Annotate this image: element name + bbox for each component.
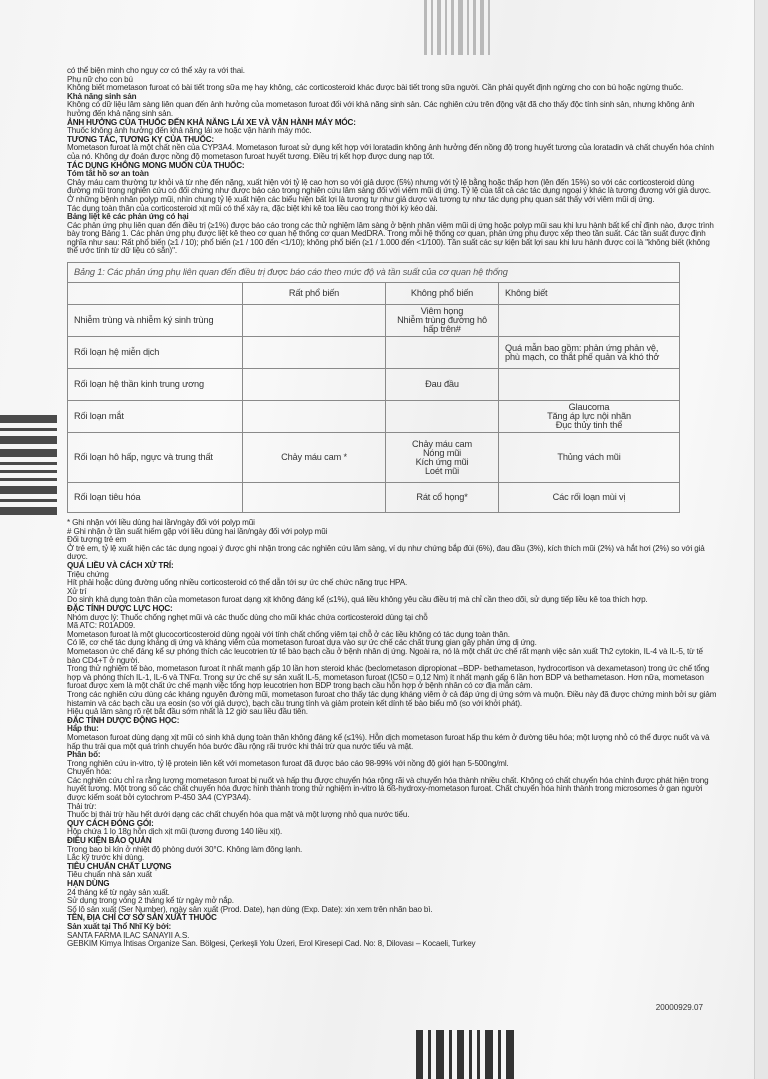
table-header: Không phổ biến <box>386 283 499 305</box>
bottom-barcode <box>416 1030 526 1079</box>
table-caption: Bảng 1: Các phản ứng phụ liên quan đến đ… <box>68 263 680 283</box>
uncommon-cell <box>386 337 499 369</box>
table-header: Không biết <box>499 283 680 305</box>
paragraph: Trong thử nghiệm tế bào, mometason furoa… <box>67 665 717 691</box>
table-row: Nhiễm trùng và nhiễm ký sinh trùngViêm h… <box>68 305 680 337</box>
paragraph: Hộp chứa 1 lọ 18g hỗn dịch xịt mũi (tươn… <box>67 828 717 837</box>
unknown-cell: GlaucomaTăng áp lực nội nhãnĐục thủy tin… <box>499 401 680 433</box>
paragraph: Thuốc bị thải trừ hầu hết dưới dạng các … <box>67 811 717 820</box>
paragraph: Mometason furoat là một chất nền của CYP… <box>67 144 717 161</box>
paragraph: Mometason furoat dùng dạng xịt mũi có si… <box>67 734 717 751</box>
paragraph: Các nghiên cứu chỉ ra rằng lượng mometas… <box>67 777 717 803</box>
section-heading: TIÊU CHUẨN CHẤT LƯỢNG <box>67 863 717 872</box>
paragraph: có thể biện minh cho nguy cơ có thể xảy … <box>67 67 717 76</box>
unknown-cell <box>499 305 680 337</box>
table-row: Rối loạn hệ miễn dịchQuá mẫn bao gồm: ph… <box>68 337 680 369</box>
paragraph: Trong bao bì kín ở nhiệt độ phòng dưới 3… <box>67 846 717 855</box>
organ-class-cell: Rối loạn hệ miễn dịch <box>68 337 243 369</box>
table-row: Rối loạn hệ thần kinh trung ươngĐau đầu <box>68 369 680 401</box>
side-barcode <box>0 415 57 530</box>
unknown-cell: Thủng vách mũi <box>499 433 680 483</box>
very-common-cell <box>243 483 386 513</box>
organ-class-cell: Nhiễm trùng và nhiễm ký sinh trùng <box>68 305 243 337</box>
organ-class-cell: Rối loạn hệ thần kinh trung ương <box>68 369 243 401</box>
paragraph: Không biết mometason furoat có bài tiết … <box>67 84 717 93</box>
very-common-cell <box>243 305 386 337</box>
section-heading: QUÁ LIỀU VÀ CÁCH XỬ TRÍ: <box>67 562 717 571</box>
paragraph: Trong nghiên cứu in-vitro, tỷ lệ protein… <box>67 760 717 769</box>
table-row: Rối loạn tiêu hóaRát cổ họng*Các rối loạ… <box>68 483 680 513</box>
section-heading: ĐẶC TÍNH DƯỢC ĐỘNG HỌC: <box>67 717 717 726</box>
paragraph: Tiêu chuẩn nhà sản xuất <box>67 871 717 880</box>
uncommon-cell <box>386 401 499 433</box>
uncommon-cell: Chảy máu camNóng mũiKích ứng mũiLoét mũi <box>386 433 499 483</box>
unknown-cell: Các rối loạn mùi vị <box>499 483 680 513</box>
organ-class-cell: Rối loạn hô hấp, ngực và trung thất <box>68 433 243 483</box>
uncommon-cell: Viêm họngNhiễm trùng đường hô hấp trên# <box>386 305 499 337</box>
uncommon-cell: Rát cổ họng* <box>386 483 499 513</box>
unknown-cell: Quá mẫn bao gồm: phản ứng phản vệ, phù m… <box>499 337 680 369</box>
document-code: 20000929.07 <box>656 1003 703 1012</box>
table-header <box>68 283 243 305</box>
paragraph: Các phản ứng phụ liên quan đến điều trị … <box>67 222 717 256</box>
organ-class-cell: Rối loạn mắt <box>68 401 243 433</box>
paragraph: Ở trẻ em, tỷ lệ xuất hiện các tác dụng n… <box>67 545 717 562</box>
very-common-cell: Chảy máu cam * <box>243 433 386 483</box>
paragraph: Chảy máu cam thường tự khỏi và từ nhẹ đế… <box>67 179 717 196</box>
adverse-reactions-table: Bảng 1: Các phản ứng phụ liên quan đến đ… <box>67 262 680 513</box>
leaflet-content: có thể biện minh cho nguy cơ có thể xảy … <box>67 67 717 949</box>
uncommon-cell: Đau đầu <box>386 369 499 401</box>
paragraph: Không có dữ liệu lâm sàng liên quan đến … <box>67 101 717 118</box>
page-edge <box>754 0 768 1079</box>
section-bottom: * Ghi nhận với liều dùng hai lần/ngày đố… <box>67 519 717 949</box>
very-common-cell <box>243 369 386 401</box>
organ-class-cell: Rối loạn tiêu hóa <box>68 483 243 513</box>
very-common-cell <box>243 401 386 433</box>
section-top: có thể biện minh cho nguy cơ có thể xảy … <box>67 67 717 256</box>
paragraph: Nhóm dược lý: Thuốc chống nghẹt mũi và c… <box>67 614 717 623</box>
paragraph: GEBKIM Kimya İhtisas Organize San. Bölge… <box>67 940 717 949</box>
paragraph: Trong các nghiên cứu dùng các kháng nguy… <box>67 691 717 708</box>
paragraph: # Ghi nhận ở tần suất hiếm gặp với liều … <box>67 528 717 537</box>
very-common-cell <box>243 337 386 369</box>
table-row: Rối loạn hô hấp, ngực và trung thấtChảy … <box>68 433 680 483</box>
section-heading: TÁC DỤNG KHÔNG MONG MUỐN CỦA THUỐC: <box>67 162 717 171</box>
paragraph: Mometason ức chế đáng kể sự phóng thích … <box>67 648 717 665</box>
table-row: Rối loạn mắtGlaucomaTăng áp lực nội nhãn… <box>68 401 680 433</box>
table-header: Rất phổ biến <box>243 283 386 305</box>
unknown-cell <box>499 369 680 401</box>
top-barcode <box>424 0 499 55</box>
paragraph: Hít phải hoặc dùng đường uống nhiều cort… <box>67 579 717 588</box>
table-header-row: Rất phổ biến Không phổ biến Không biết <box>68 283 680 305</box>
